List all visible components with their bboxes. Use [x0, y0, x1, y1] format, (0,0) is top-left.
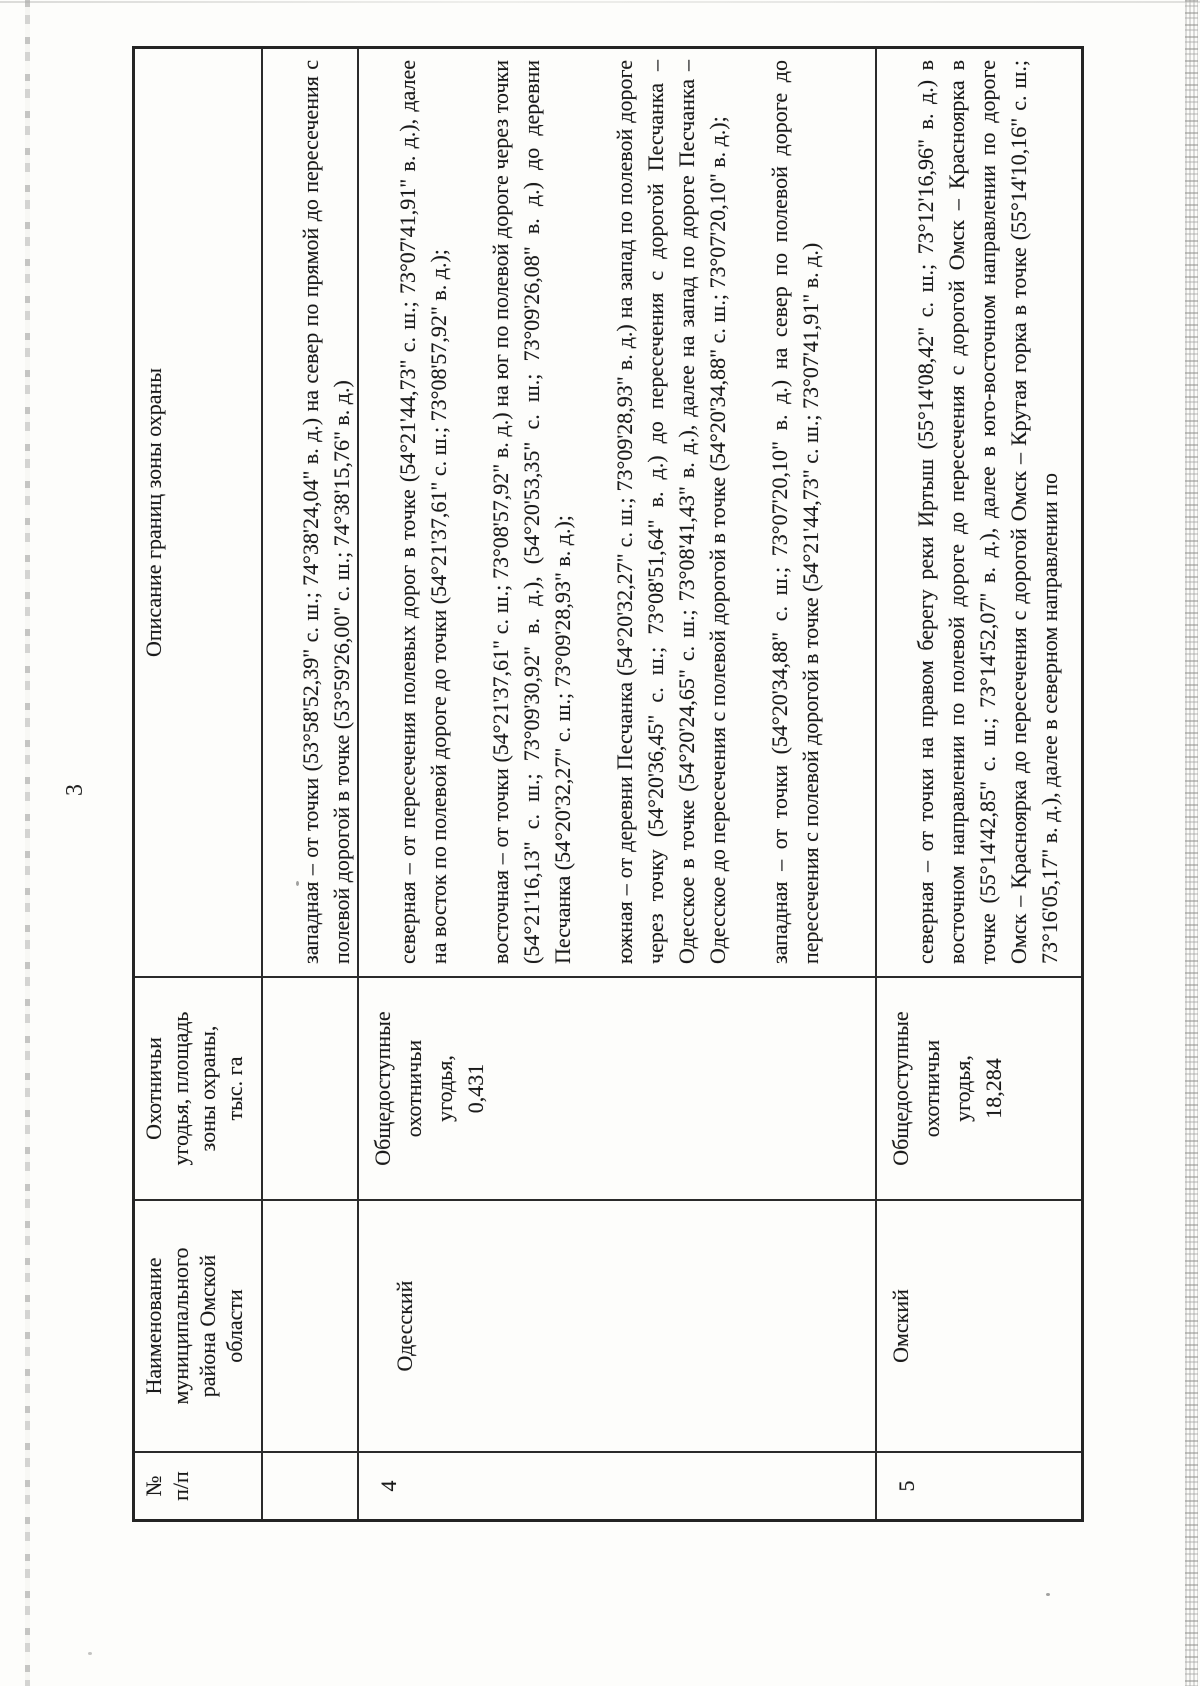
table-cell-district-name: Омский	[877, 1199, 1081, 1451]
header-cell-district: Наименование муниципального района Омско…	[135, 1199, 263, 1451]
description-paragraph: западная – от точки (53°58'52,39" с. ш.;…	[295, 60, 357, 964]
table-cell-description: северная – от точки на правом берегу рек…	[877, 49, 1081, 976]
header-cell-area: Охотничьи угодья, площадь зоны охраны, т…	[135, 976, 263, 1199]
table-cell-empty-district	[263, 1199, 359, 1451]
table-cell-hunting-area: Общедоступные охотничьи угодья, 0,431	[359, 976, 877, 1199]
table-cell-row-number: 5	[877, 1451, 1081, 1519]
header-cell-num: № п/п	[135, 1451, 263, 1519]
page-number: 3	[62, 740, 89, 840]
description-paragraph: южная – от деревни Песчанка (54°20'32,27…	[609, 60, 733, 964]
table-cell-hunting-area: Общедоступные охотничьи угодья, 18,284	[877, 976, 1081, 1199]
table-cell-empty-area	[263, 976, 359, 1199]
description-paragraph: восточная – от точки (54°21'37,61" с. ш.…	[485, 60, 578, 964]
description-paragraph: западная – от точки (54°20'34,88" с. ш.;…	[764, 60, 826, 964]
table-cell-description: северная – от пересечения полевых дорог …	[359, 49, 877, 976]
document-sheet: 3 № п/п Наименование муниципального райо…	[0, 0, 1200, 1686]
scanned-document-page: 3 № п/п Наименование муниципального райо…	[0, 0, 1200, 1686]
table-cell-empty-num	[263, 1451, 359, 1519]
description-paragraph: северная – от пересечения полевых дорог …	[392, 60, 454, 964]
table-cell-description-continuation: западная – от точки (53°58'52,39" с. ш.;…	[263, 49, 359, 976]
table-cell-row-number: 4	[359, 1451, 877, 1519]
boundary-table: № п/п Наименование муниципального района…	[132, 46, 1084, 1522]
header-cell-description: Описание границ зоны охраны	[135, 49, 263, 976]
table-cell-district-name: Одесский	[359, 1199, 877, 1451]
description-paragraph: северная – от точки на правом берегу рек…	[910, 60, 1065, 964]
